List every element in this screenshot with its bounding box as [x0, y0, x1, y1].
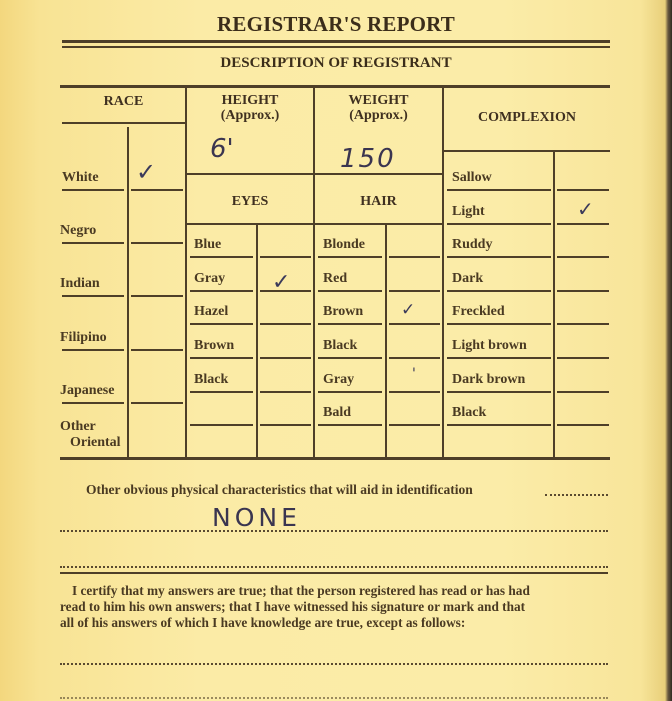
- weight-header: WEIGHT: [315, 93, 442, 108]
- complexion-row-rule: [447, 290, 551, 292]
- eyes-row-rule: [190, 424, 253, 426]
- complexion-row-rule: [557, 290, 609, 292]
- hair-option-bald: Bald: [323, 405, 351, 421]
- divider-weight-complexion: [442, 86, 444, 458]
- hair-header: HAIR: [315, 194, 442, 209]
- race-row-rule: [131, 189, 183, 191]
- hair-header-rule: [315, 223, 442, 225]
- race-check-white[interactable]: ✓: [136, 158, 156, 186]
- certification-top-rule: [60, 572, 608, 574]
- race-check-japanese[interactable]: [131, 352, 183, 400]
- race-row-rule: [62, 402, 124, 404]
- race-option-other-oriental-line2: Oriental: [70, 435, 121, 451]
- race-row-rule: [131, 402, 183, 404]
- hair-row-rule: [318, 357, 382, 359]
- certification-line-2: read to him his own answers; that I have…: [60, 599, 525, 615]
- hair-option-red: Red: [323, 271, 347, 287]
- complexion-row-rule: [557, 424, 609, 426]
- race-row-rule: [62, 295, 124, 297]
- eyes-row-rule: [260, 357, 311, 359]
- complexion-row-rule: [557, 189, 609, 191]
- race-check-indian[interactable]: [131, 245, 183, 293]
- hair-option-gray: Gray: [323, 372, 354, 388]
- race-option-filipino: Filipino: [60, 330, 107, 346]
- weight-value-field[interactable]: 150: [340, 144, 396, 174]
- eyes-check-hazel[interactable]: [260, 293, 311, 321]
- complexion-check-ruddy[interactable]: [557, 226, 609, 254]
- race-row-rule: [62, 189, 124, 191]
- race-option-other-oriental-line1: Other: [60, 419, 96, 435]
- eyes-header-rule: [187, 223, 313, 225]
- hair-option-black: Black: [323, 338, 357, 354]
- complexion-row-rule: [557, 391, 609, 393]
- eyes-row-rule: [190, 357, 253, 359]
- race-row-rule: [131, 295, 183, 297]
- hair-row-rule: [318, 256, 382, 258]
- race-check-filipino[interactable]: [131, 298, 183, 346]
- complexion-option-black: Black: [452, 405, 486, 421]
- title-double-rule-top: [62, 40, 610, 43]
- race-option-indian: Indian: [60, 276, 100, 292]
- characteristics-prompt: Other obvious physical characteristics t…: [86, 482, 473, 498]
- eyes-option-brown: Brown: [194, 338, 234, 354]
- certification-exceptions-field[interactable]: [60, 640, 608, 662]
- certification-line-1: I certify that my answers are true; that…: [72, 583, 530, 599]
- eyes-row-rule: [190, 256, 253, 258]
- complexion-check-black[interactable]: [557, 394, 609, 422]
- race-check-negro[interactable]: [131, 192, 183, 240]
- hair-check-black[interactable]: [389, 326, 440, 355]
- complexion-row-rule: [557, 357, 609, 359]
- race-row-rule: [62, 242, 124, 244]
- eyes-row-rule: [190, 290, 253, 292]
- hair-row-rule: [389, 391, 440, 393]
- characteristics-prompt-leader: [545, 494, 608, 496]
- eyes-check-blue[interactable]: [260, 228, 311, 255]
- eyes-row-rule: [190, 323, 253, 325]
- eyes-option-blue: Blue: [194, 237, 221, 253]
- divider-hair-check: [385, 225, 387, 458]
- title-double-rule-bottom: [62, 46, 610, 48]
- complexion-option-light-brown: Light brown: [452, 338, 527, 354]
- race-header: RACE: [62, 94, 185, 109]
- race-check-other-oriental[interactable]: [131, 405, 183, 455]
- race-header-rule: [62, 122, 185, 124]
- complexion-option-dark-brown: Dark brown: [452, 372, 525, 388]
- height-value-field[interactable]: 6': [210, 134, 234, 164]
- height-approx-label: (Approx.): [187, 108, 313, 123]
- characteristics-line-2: [60, 566, 608, 568]
- weight-approx-label: (Approx.): [315, 108, 442, 123]
- eyes-option-gray: Gray: [194, 271, 225, 287]
- complexion-header-rule: [444, 150, 610, 152]
- complexion-row-rule: [447, 424, 551, 426]
- complexion-header: COMPLEXION: [444, 110, 610, 125]
- eyes-row-rule: [260, 256, 311, 258]
- complexion-row-rule: [557, 223, 609, 225]
- eyes-header: EYES: [187, 194, 313, 209]
- certification-exceptions-line: [60, 663, 608, 665]
- hair-row-rule: [318, 424, 382, 426]
- complexion-row-rule: [447, 189, 551, 191]
- complexion-check-light[interactable]: ✓: [577, 197, 594, 221]
- hair-check-gray[interactable]: ': [412, 366, 416, 382]
- hair-row-rule: [389, 256, 440, 258]
- characteristics-line-1: [60, 530, 608, 532]
- race-option-japanese: Japanese: [60, 383, 114, 399]
- complexion-check-dark-brown[interactable]: [557, 360, 609, 389]
- complexion-row-rule: [447, 357, 551, 359]
- eyes-check-black[interactable]: [260, 360, 311, 389]
- eyes-option-black: Black: [194, 372, 228, 388]
- complexion-check-sallow[interactable]: [557, 154, 609, 187]
- characteristics-value-field[interactable]: NONE: [212, 503, 301, 532]
- eyes-row-rule: [260, 323, 311, 325]
- complexion-check-light-brown[interactable]: [557, 326, 609, 355]
- complexion-row-rule: [557, 323, 609, 325]
- complexion-option-light: Light: [452, 204, 485, 220]
- hair-row-rule: [389, 424, 440, 426]
- hair-check-red[interactable]: [389, 259, 440, 288]
- complexion-row-rule: [557, 256, 609, 258]
- height-value-rule: [187, 173, 313, 175]
- hair-check-brown[interactable]: ✓: [401, 300, 415, 320]
- hair-check-blonde[interactable]: [389, 228, 440, 255]
- hair-row-rule: [318, 290, 382, 292]
- eyes-option-hazel: Hazel: [194, 304, 228, 320]
- height-header: HEIGHT: [187, 93, 313, 108]
- hair-check-bald[interactable]: [389, 394, 440, 422]
- complexion-option-dark: Dark: [452, 271, 483, 287]
- document-title: REGISTRAR'S REPORT: [0, 12, 672, 37]
- complexion-option-sallow: Sallow: [452, 170, 492, 186]
- eyes-row-rule: [260, 391, 311, 393]
- hair-row-rule: [389, 323, 440, 325]
- race-option-white: White: [62, 170, 99, 186]
- eyes-check-gray[interactable]: ✓: [272, 270, 290, 295]
- table-top-rule: [60, 85, 610, 88]
- hair-row-rule: [318, 323, 382, 325]
- certification-line-3: all of his answers of which I have knowl…: [60, 615, 465, 631]
- complexion-row-rule: [447, 323, 551, 325]
- hair-option-brown: Brown: [323, 304, 363, 320]
- certification-bottom-line: [60, 697, 608, 699]
- section-subtitle: DESCRIPTION OF REGISTRANT: [0, 55, 672, 72]
- table-bottom-rule: [60, 457, 610, 460]
- race-row-rule: [131, 242, 183, 244]
- divider-eyes-check: [256, 225, 258, 458]
- hair-option-blonde: Blonde: [323, 237, 365, 253]
- complexion-check-dark[interactable]: [557, 259, 609, 288]
- complexion-check-freckled[interactable]: [557, 293, 609, 321]
- complexion-row-rule: [447, 256, 551, 258]
- complexion-row-rule: [447, 391, 551, 393]
- hair-row-rule: [318, 391, 382, 393]
- divider-race-height: [185, 86, 187, 458]
- hair-row-rule: [389, 290, 440, 292]
- eyes-check-brown[interactable]: [260, 326, 311, 355]
- hair-row-rule: [389, 357, 440, 359]
- eyes-row-rule: [260, 424, 311, 426]
- race-row-rule: [131, 349, 183, 351]
- complexion-option-freckled: Freckled: [452, 304, 505, 320]
- divider-race-check: [127, 127, 129, 458]
- complexion-row-rule: [447, 223, 551, 225]
- complexion-option-ruddy: Ruddy: [452, 237, 492, 253]
- race-option-negro: Negro: [60, 223, 96, 239]
- race-row-rule: [62, 349, 124, 351]
- divider-height-weight: [313, 86, 315, 458]
- eyes-row-rule: [190, 391, 253, 393]
- divider-complexion-check: [553, 152, 555, 458]
